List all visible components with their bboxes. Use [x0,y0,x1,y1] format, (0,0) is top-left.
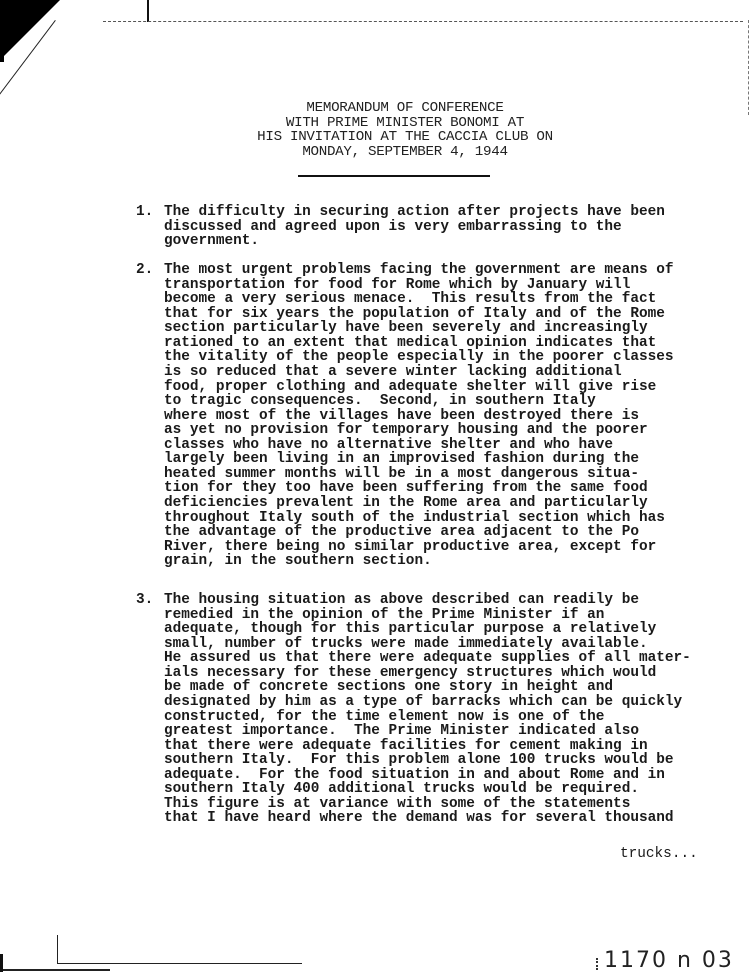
paragraph-number: 2. [136,263,164,278]
scan-top-edge [103,21,743,23]
handwritten-page-reference: 1170 n 03 [604,950,734,972]
memo-title-line: WITH PRIME MINISTER BONOMI AT [230,116,580,131]
text-line: adequate, though for this particular pur… [164,622,691,637]
text-line: ials necessary for these emergency struc… [164,666,691,681]
text-line: transportation for food for Rome which b… [164,278,674,293]
scan-corner-shadow-edge [0,0,4,62]
text-line: rationed to an extent that medical opini… [164,336,674,351]
text-line: the vitality of the people especially in… [164,350,674,365]
paragraph-2: 2. The most urgent problems facing the g… [136,263,171,321]
text-line: southern Italy 400 additional trucks wou… [164,782,691,797]
text-line: southern Italy. For this problem alone 1… [164,753,691,768]
text-line: This figure is at variance with some of … [164,797,691,812]
paragraph-number: 3. [136,593,164,608]
text-line: small, number of trucks were made immedi… [164,637,691,652]
paragraph-body: The housing situation as above described… [164,593,691,826]
text-line: discussed and agreed upon is very embarr… [164,220,665,235]
text-line: River, there being no similar productive… [164,540,674,555]
text-line: The difficulty in securing action after … [164,205,665,220]
text-line: that there were adequate facilities for … [164,739,691,754]
scan-bottom-edge [57,963,302,964]
text-line: food, proper clothing and adequate shelt… [164,380,674,395]
paragraph-number: 1. [136,205,164,220]
scan-bottom-edge-left [0,969,110,971]
text-line: that for six years the population of Ita… [164,307,674,322]
scan-bottom-edge-mark [57,935,58,963]
text-line: become a very serious menace. This resul… [164,292,674,307]
text-line: largely been living in an improvised fas… [164,452,674,467]
text-line: that I have heard where the demand was f… [164,811,691,826]
text-line: adequate. For the food situation in and … [164,768,691,783]
continuation-catchword: trucks... [620,847,698,862]
text-line: to tragic consequences. Second, in south… [164,394,674,409]
handwritten-mark [596,958,600,970]
scan-top-edge-mark [147,0,149,22]
text-line: deficiencies prevalent in the Rome area … [164,496,674,511]
paragraph-body: The difficulty in securing action after … [164,205,665,249]
memo-title-line: HIS INVITATION AT THE CACCIA CLUB ON [230,130,580,145]
text-line: The housing situation as above described… [164,593,691,608]
text-line: The most urgent problems facing the gove… [164,263,674,278]
paragraph-body: The most urgent problems facing the gove… [164,263,674,569]
text-line: the advantage of the productive area adj… [164,525,674,540]
text-line: where most of the villages have been des… [164,409,674,424]
text-line: constructed, for the time element now is… [164,710,691,725]
paragraph-3: 3. The housing situation as above descri… [136,593,171,651]
text-line: heated summer months will be in a most d… [164,467,674,482]
text-line: designated by him as a type of barracks … [164,695,691,710]
text-line: He assured us that there were adequate s… [164,651,691,666]
scanned-memo-page: MEMORANDUM OF CONFERENCEWITH PRIME MINIS… [0,0,750,972]
memo-title-line: MEMORANDUM OF CONFERENCE [230,101,580,116]
text-line: is so reduced that a severe winter lacki… [164,365,674,380]
paragraph-1: 1. The difficulty in securing action aft… [136,205,171,263]
text-line: tion for they too have been suffering fr… [164,481,674,496]
text-line: greatest importance. The Prime Minister … [164,724,691,739]
text-line: as yet no provision for temporary housin… [164,423,674,438]
text-line: grain, in the southern section. [164,554,674,569]
text-line: be made of concrete sections one story i… [164,680,691,695]
text-line: section particularly have been severely … [164,321,674,336]
memo-title: MEMORANDUM OF CONFERENCEWITH PRIME MINIS… [230,101,580,159]
memo-title-line: MONDAY, SEPTEMBER 4, 1944 [230,145,580,160]
text-line: classes who have no alternative shelter … [164,438,674,453]
scan-left-edge [0,954,3,972]
text-line: government. [164,234,665,249]
title-underline [298,175,490,177]
text-line: throughout Italy south of the industrial… [164,511,674,526]
text-line: remedied in the opinion of the Prime Min… [164,608,691,623]
